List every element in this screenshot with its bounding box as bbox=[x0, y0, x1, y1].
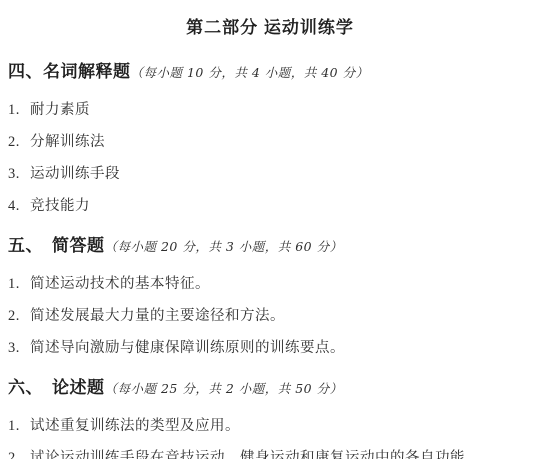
question-text: 耐力素质 bbox=[30, 102, 90, 118]
question-number: 2. bbox=[8, 135, 30, 150]
question-item: 1.试述重复训练法的类型及应用。 bbox=[8, 419, 532, 434]
question-item: 2.分解训练法 bbox=[8, 135, 532, 150]
question-item: 1.简述运动技术的基本特征。 bbox=[8, 277, 532, 292]
section-heading-note: （每小题 25 分，共 2 小题，共 50 分） bbox=[105, 381, 343, 396]
question-number: 1. bbox=[8, 419, 30, 434]
section-heading: 六、 论述题（每小题 25 分，共 2 小题，共 50 分） bbox=[8, 377, 532, 400]
question-item: 3.运动训练手段 bbox=[8, 167, 532, 182]
question-item: 3.简述导向激励与健康保障训练原则的训练要点。 bbox=[8, 341, 532, 356]
section-heading-title: 五、 简答题 bbox=[8, 236, 105, 255]
question-text: 简述导向激励与健康保障训练原则的训练要点。 bbox=[30, 340, 345, 356]
section-term-explanation: 四、名词解释题（每小题 10 分，共 4 小题，共 40 分） 1.耐力素质 2… bbox=[8, 61, 532, 214]
question-item: 1.耐力素质 bbox=[8, 103, 532, 118]
question-text: 简述运动技术的基本特征。 bbox=[30, 276, 210, 292]
question-item: 2.简述发展最大力量的主要途径和方法。 bbox=[8, 309, 532, 324]
section-heading: 四、名词解释题（每小题 10 分，共 4 小题，共 40 分） bbox=[8, 61, 532, 84]
section-heading-title: 六、 论述题 bbox=[8, 378, 105, 397]
section-heading-title: 四、名词解释题 bbox=[8, 62, 131, 81]
question-list: 1.简述运动技术的基本特征。 2.简述发展最大力量的主要途径和方法。 3.简述导… bbox=[8, 277, 532, 356]
question-text: 竞技能力 bbox=[30, 198, 90, 214]
question-number: 2. bbox=[8, 451, 30, 459]
question-number: 3. bbox=[8, 341, 30, 356]
question-number: 4. bbox=[8, 199, 30, 214]
question-number: 3. bbox=[8, 167, 30, 182]
section-heading-note: （每小题 20 分，共 3 小题，共 60 分） bbox=[105, 239, 343, 254]
question-text: 试论运动训练手段在竞技运动、健身运动和康复运动中的各自功能。 bbox=[30, 450, 480, 459]
question-text: 简述发展最大力量的主要途径和方法。 bbox=[30, 308, 285, 324]
section-heading: 五、 简答题（每小题 20 分，共 3 小题，共 60 分） bbox=[8, 235, 532, 258]
question-item: 4.竞技能力 bbox=[8, 199, 532, 214]
question-text: 试述重复训练法的类型及应用。 bbox=[30, 418, 240, 434]
question-text: 分解训练法 bbox=[30, 134, 105, 150]
section-heading-note: （每小题 10 分，共 4 小题，共 40 分） bbox=[131, 65, 369, 80]
section-essay: 六、 论述题（每小题 25 分，共 2 小题，共 50 分） 1.试述重复训练法… bbox=[8, 377, 532, 459]
question-list: 1.试述重复训练法的类型及应用。 2.试论运动训练手段在竞技运动、健身运动和康复… bbox=[8, 419, 532, 459]
question-item: 2.试论运动训练手段在竞技运动、健身运动和康复运动中的各自功能。 bbox=[8, 451, 532, 459]
question-text: 运动训练手段 bbox=[30, 166, 120, 182]
question-number: 1. bbox=[8, 103, 30, 118]
page-title: 第二部分 运动训练学 bbox=[8, 16, 532, 40]
exam-document: 第二部分 运动训练学 四、名词解释题（每小题 10 分，共 4 小题，共 40 … bbox=[0, 0, 542, 459]
question-list: 1.耐力素质 2.分解训练法 3.运动训练手段 4.竞技能力 bbox=[8, 103, 532, 214]
question-number: 1. bbox=[8, 277, 30, 292]
section-short-answer: 五、 简答题（每小题 20 分，共 3 小题，共 60 分） 1.简述运动技术的… bbox=[8, 235, 532, 356]
question-number: 2. bbox=[8, 309, 30, 324]
